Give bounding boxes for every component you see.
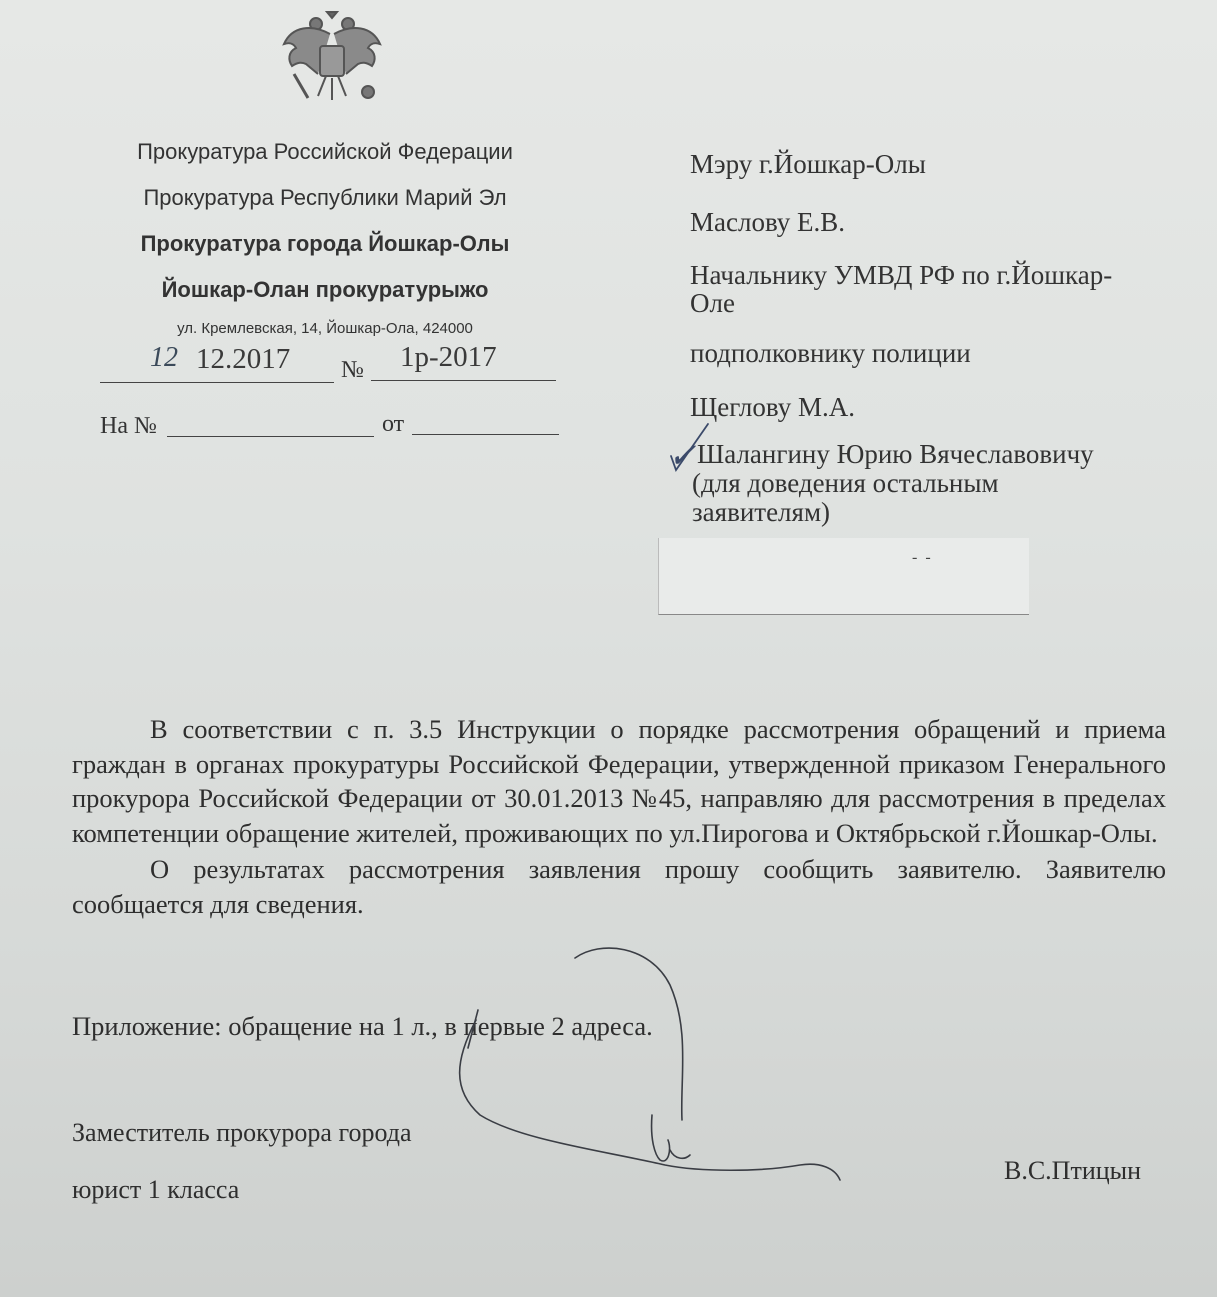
org-line-federal: Прокуратура Российской Федерации — [90, 139, 560, 165]
letter-body: В соответствии с п. 3.5 Инструкции о пор… — [72, 712, 1166, 921]
org-address: ул. Кремлевская, 14, Йошкар-Ола, 424000 — [90, 320, 560, 337]
redacted-dashes: - - — [912, 549, 933, 567]
recipient-police-title-cont: Оле — [690, 291, 735, 315]
date-underline — [100, 382, 334, 383]
recipient-police-title: Начальнику УМВД РФ по г.Йошкар- — [690, 263, 1112, 287]
recipient-police-rank: подполковнику полиции — [690, 341, 971, 365]
org-line-republic: Прокуратура Республики Марий Эл — [90, 185, 560, 211]
reference-date-label: от — [382, 411, 404, 438]
body-paragraph-forwarding: В соответствии с п. 3.5 Инструкции о пор… — [72, 712, 1166, 850]
number-label: № — [341, 357, 364, 384]
letter-date: 12.2017 — [196, 343, 290, 376]
body-paragraph-results: О результатах рассмотрения заявления про… — [72, 852, 1166, 921]
reference-number-underline — [167, 436, 374, 437]
number-underline — [371, 380, 556, 381]
org-line-mari: Йошкар-Олан прокуратурыжо — [90, 277, 560, 303]
recipient-applicant-name: Шалангину Юрию Вячеславовичу — [697, 442, 1094, 466]
letter-number: 1р-2017 — [400, 341, 497, 374]
signer-name: В.С.Птицын — [1004, 1156, 1141, 1186]
signer-position: Заместитель прокурора города — [72, 1118, 412, 1148]
recipient-applicant-note: (для доведения остальным — [692, 471, 999, 495]
reference-date-underline — [412, 434, 559, 435]
recipient-applicant-note-cont: заявителям) — [692, 500, 830, 524]
handwritten-day: 12 — [150, 342, 178, 374]
recipient-police-name: Щеглову М.А. — [690, 395, 855, 419]
redacted-area — [658, 538, 1029, 615]
org-line-city: Прокуратура города Йошкар-Олы — [90, 231, 560, 257]
recipient-mayor-title: Мэру г.Йошкар-Олы — [690, 152, 926, 176]
recipient-mayor-name: Маслову Е.В. — [690, 210, 845, 234]
russian-coat-of-arms-icon — [272, 4, 392, 109]
reference-number-label: На № — [100, 413, 157, 440]
attachment-note: Приложение: обращение на 1 л., в первые … — [72, 1011, 653, 1042]
signer-rank: юрист 1 класса — [72, 1175, 239, 1205]
